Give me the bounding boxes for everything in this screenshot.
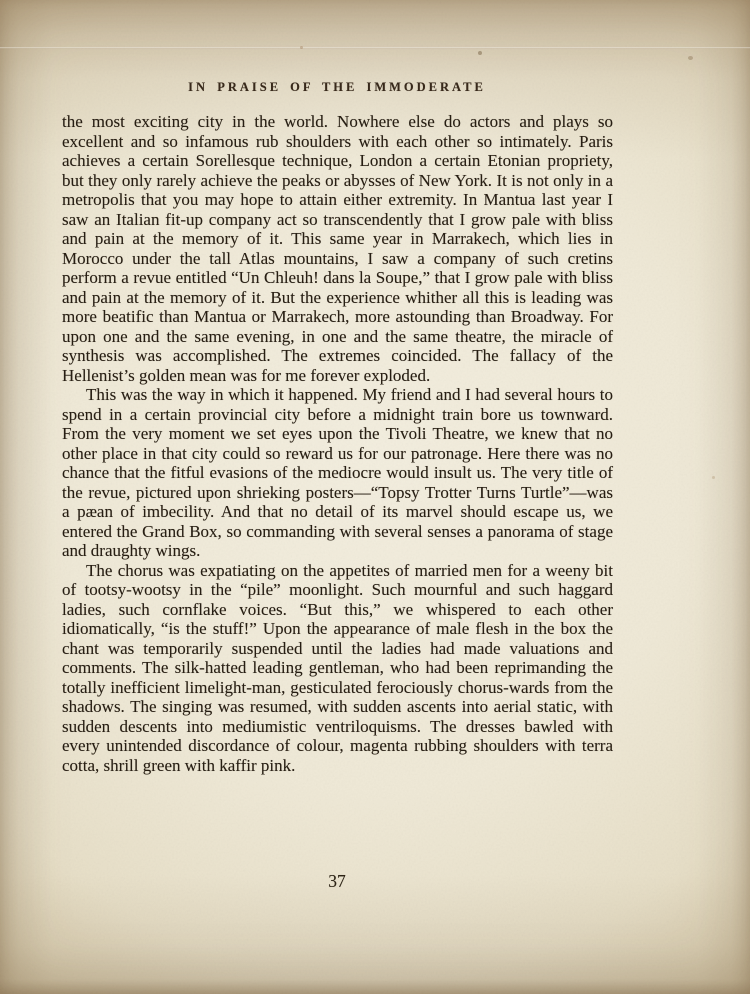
body-paragraph: the most exciting city in the world. Now… — [62, 112, 613, 385]
paper-speck — [712, 476, 715, 479]
body-text-block: the most exciting city in the world. Now… — [62, 112, 613, 775]
body-paragraph: This was the way in which it happened. M… — [62, 385, 613, 561]
paper-speck — [478, 51, 482, 55]
paper-speck — [300, 46, 303, 49]
paper-speck — [688, 56, 693, 60]
page-number: 37 — [62, 871, 612, 892]
book-page: IN PRAISE OF THE IMMODERATE the most exc… — [0, 0, 750, 994]
body-paragraph: The chorus was expatiating on the appeti… — [62, 561, 613, 776]
running-header: IN PRAISE OF THE IMMODERATE — [62, 80, 612, 95]
paper-crease — [0, 47, 750, 49]
